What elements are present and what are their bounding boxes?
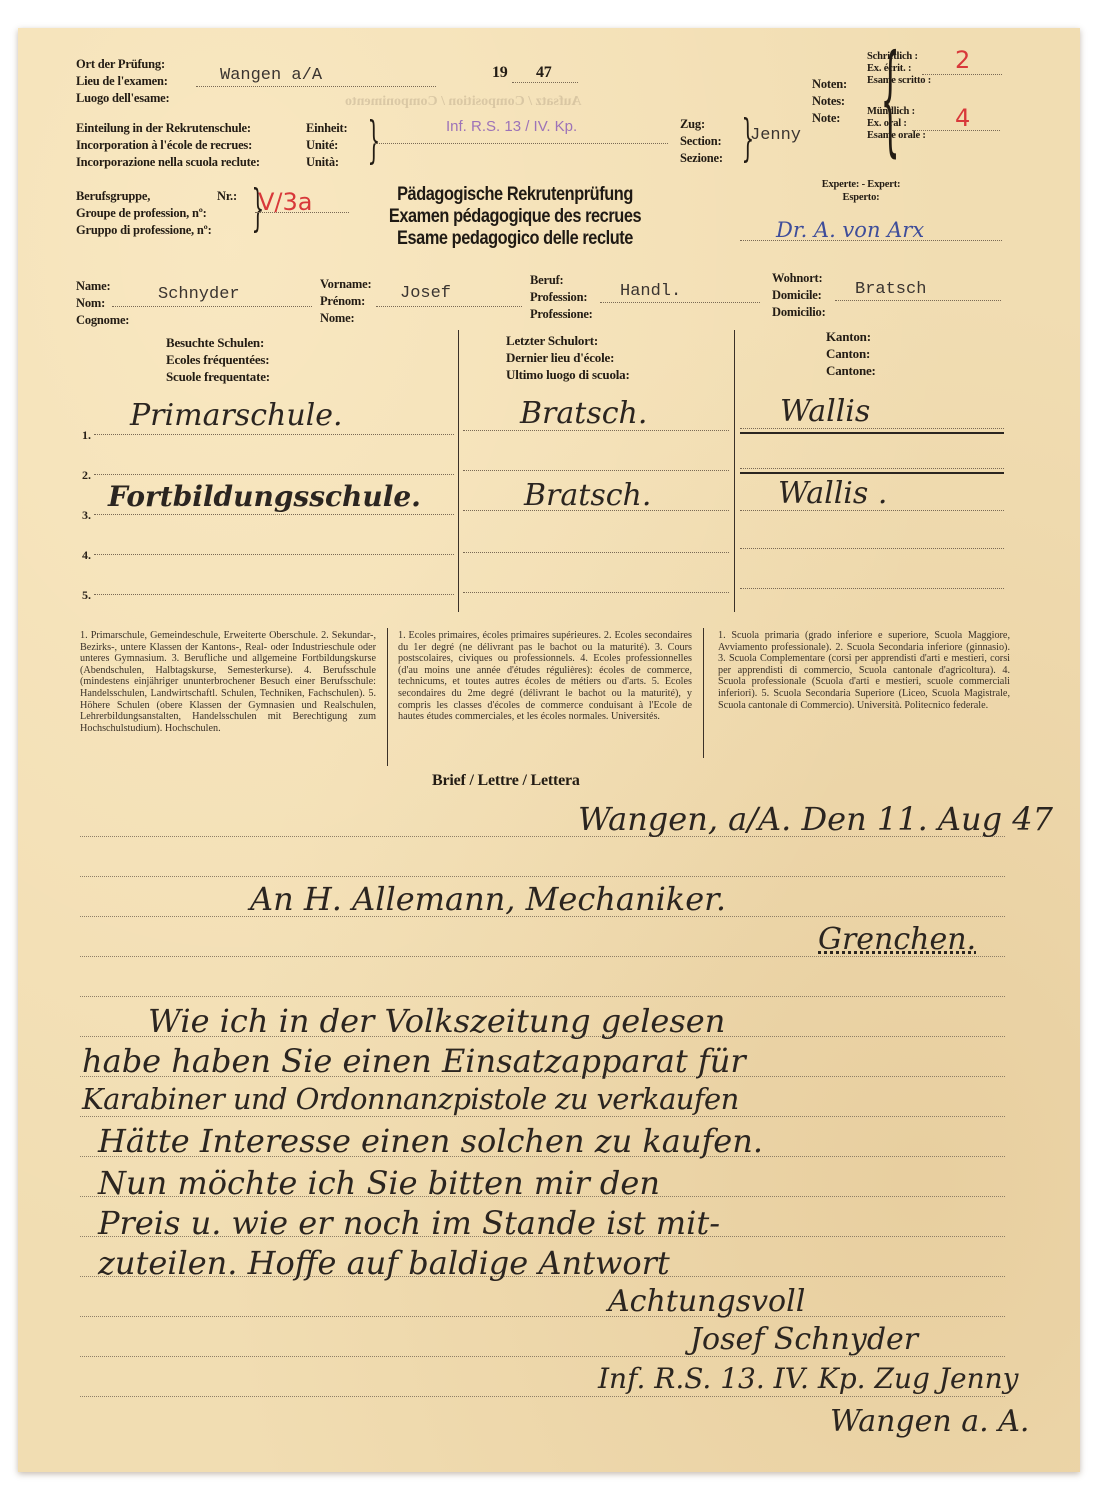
row-line-1a xyxy=(94,434,454,435)
row-line-5b xyxy=(463,592,729,593)
schools-divider-1 xyxy=(458,330,459,612)
exam-place-line xyxy=(196,86,436,87)
exam-place-value: Wangen a/A xyxy=(220,66,322,85)
canton-underline-1 xyxy=(740,432,1004,434)
letter-body-line-4: Hätte Interesse einen solchen zu kaufen. xyxy=(98,1122,763,1160)
name-line xyxy=(112,306,312,307)
schools-divider-2 xyxy=(734,330,735,612)
profession-group-nr: Nr.: xyxy=(217,188,237,205)
canton-1: Wallis xyxy=(780,394,870,429)
canton-underline-2 xyxy=(740,472,1004,474)
place-1: Bratsch. xyxy=(520,396,647,431)
letter-recipient: An H. Allemann, Mechaniker. xyxy=(250,880,726,918)
letter-unit-line: Inf. R.S. 13. IV. Kp. Zug Jenny xyxy=(598,1362,1018,1395)
row-line-5a xyxy=(94,594,454,595)
written-grade-value: 2 xyxy=(955,46,970,74)
row-line-5c xyxy=(740,588,1004,589)
section-labels: Zug: Section: Sezione: xyxy=(680,116,723,167)
footnote-divider-1 xyxy=(387,628,388,766)
letter-body-line-2: habe haben Sie einen Einsatzapparat für xyxy=(82,1042,746,1080)
profession-line xyxy=(600,302,760,303)
row-line-4b xyxy=(463,552,729,553)
letter-line-2 xyxy=(80,876,1005,877)
letter-date: Wangen, a/A. Den 11. Aug 47 xyxy=(578,800,1053,838)
first-name-labels: Vorname: Prénom: Nome: xyxy=(320,276,371,327)
last-school-place-labels: Letzter Schulort: Dernier lieu d'école: … xyxy=(506,332,630,383)
letter-closing: Achtungsvoll xyxy=(608,1284,805,1319)
oral-grade-value: 4 xyxy=(955,104,970,132)
letter-body-line-7: zuteilen. Hoffe auf baldige Antwort xyxy=(98,1244,670,1282)
letter-heading: Brief / Lettre / Lettera xyxy=(432,772,580,789)
written-grade-labels: Schriftlich : Ex. écrit. : Esame scritto… xyxy=(867,51,931,87)
grades-labels: Noten: Notes: Note: xyxy=(812,76,847,127)
letter-body-line-3: Karabiner und Ordonnanzpistole zu verkau… xyxy=(82,1082,739,1116)
profession-group-value: V/3a xyxy=(258,188,312,216)
letter-line-15 xyxy=(80,1396,1005,1397)
letter-city: Grenchen. xyxy=(818,922,976,957)
row-line-2b xyxy=(463,470,729,471)
bleed-through-text: Aufsatz / Composition / Componimento xyxy=(345,94,581,110)
profession-group-labels: Berufsgruppe, Groupe de profession, nº: … xyxy=(76,188,212,239)
letter-signature: Josef Schnyder xyxy=(690,1322,918,1357)
row-line-2c xyxy=(740,468,1004,469)
year-value: 47 xyxy=(536,64,552,81)
row-line-3a xyxy=(94,514,454,515)
letter-body-line-5: Nun möchte ich Sie bitten mir den xyxy=(98,1164,660,1202)
first-name-value: Josef xyxy=(400,284,451,303)
row-num-2: 2. xyxy=(82,468,91,483)
school-3: Fortbildungsschule. xyxy=(108,480,421,513)
row-num-4: 4. xyxy=(82,548,91,563)
letter-body-line-1: Wie ich in der Volkszeitung gelesen xyxy=(148,1002,725,1040)
unit-line xyxy=(374,143,668,144)
row-line-4a xyxy=(94,554,454,555)
schools-labels: Besuchte Schulen: Ecoles fréquentées: Sc… xyxy=(166,334,270,385)
unit-stamp: Inf. R.S. 13 / IV. Kp. xyxy=(446,118,577,135)
canton-3: Wallis . xyxy=(778,476,887,511)
residence-line xyxy=(835,300,1001,301)
written-grade-line xyxy=(922,74,1002,75)
residence-labels: Wohnort: Domicile: Domicilio: xyxy=(772,270,826,321)
row-line-2a xyxy=(94,474,454,475)
letter-body-line-6: Preis u. wie er noch im Stande ist mit- xyxy=(98,1204,720,1242)
row-line-4c xyxy=(740,548,1004,549)
section-value: Jenny xyxy=(750,126,801,145)
canton-labels: Kanton: Canton: Cantone: xyxy=(826,328,876,379)
expert-labels: Experte: - Expert: Esperto: xyxy=(816,178,906,204)
footnote-german: 1. Primarschule, Gemeindeschule, Erweite… xyxy=(80,630,376,734)
footnote-divider-2 xyxy=(703,628,704,758)
footnote-french: 1. Ecoles primaires, écoles primaires su… xyxy=(398,630,692,723)
form-title: Pädagogische Rekrutenprüfung Examen péda… xyxy=(356,184,674,250)
row-num-3: 3. xyxy=(82,508,91,523)
unit-labels: Einteilung in der Rekrutenschule: Incorp… xyxy=(76,120,260,171)
profession-labels: Beruf: Profession: Professione: xyxy=(530,272,593,323)
name-value: Schnyder xyxy=(158,285,240,304)
row-num-1: 1. xyxy=(82,428,91,443)
footnote-italian: 1. Scuola primaria (grado inferiore e su… xyxy=(718,630,1010,711)
letter-place-line: Wangen a. A. xyxy=(830,1404,1029,1439)
first-name-line xyxy=(376,306,522,307)
expert-signature: Dr. A. von Arx xyxy=(776,218,924,242)
unit-labels-short: Einheit: Unité: Unità: xyxy=(306,120,347,171)
letter-line-8 xyxy=(80,1116,1005,1117)
letter-line-13 xyxy=(80,1316,1005,1317)
year-prefix: 19 xyxy=(492,64,508,81)
residence-value: Bratsch xyxy=(855,280,926,299)
place-3: Bratsch. xyxy=(524,478,651,513)
unit-brace: } xyxy=(368,112,381,168)
letter-line-5 xyxy=(80,996,1005,997)
oral-grade-labels: Mündlich : Ex. oral : Esame orale : xyxy=(867,106,926,142)
row-num-5: 5. xyxy=(82,588,91,603)
name-labels: Name: Nom: Cognome: xyxy=(76,278,129,329)
exam-place-labels: Ort der Prüfung: Lieu de l'examen: Luogo… xyxy=(76,56,169,107)
year-line xyxy=(512,82,578,83)
school-1: Primarschule. xyxy=(130,398,343,433)
profession-value: Handl. xyxy=(620,282,681,301)
